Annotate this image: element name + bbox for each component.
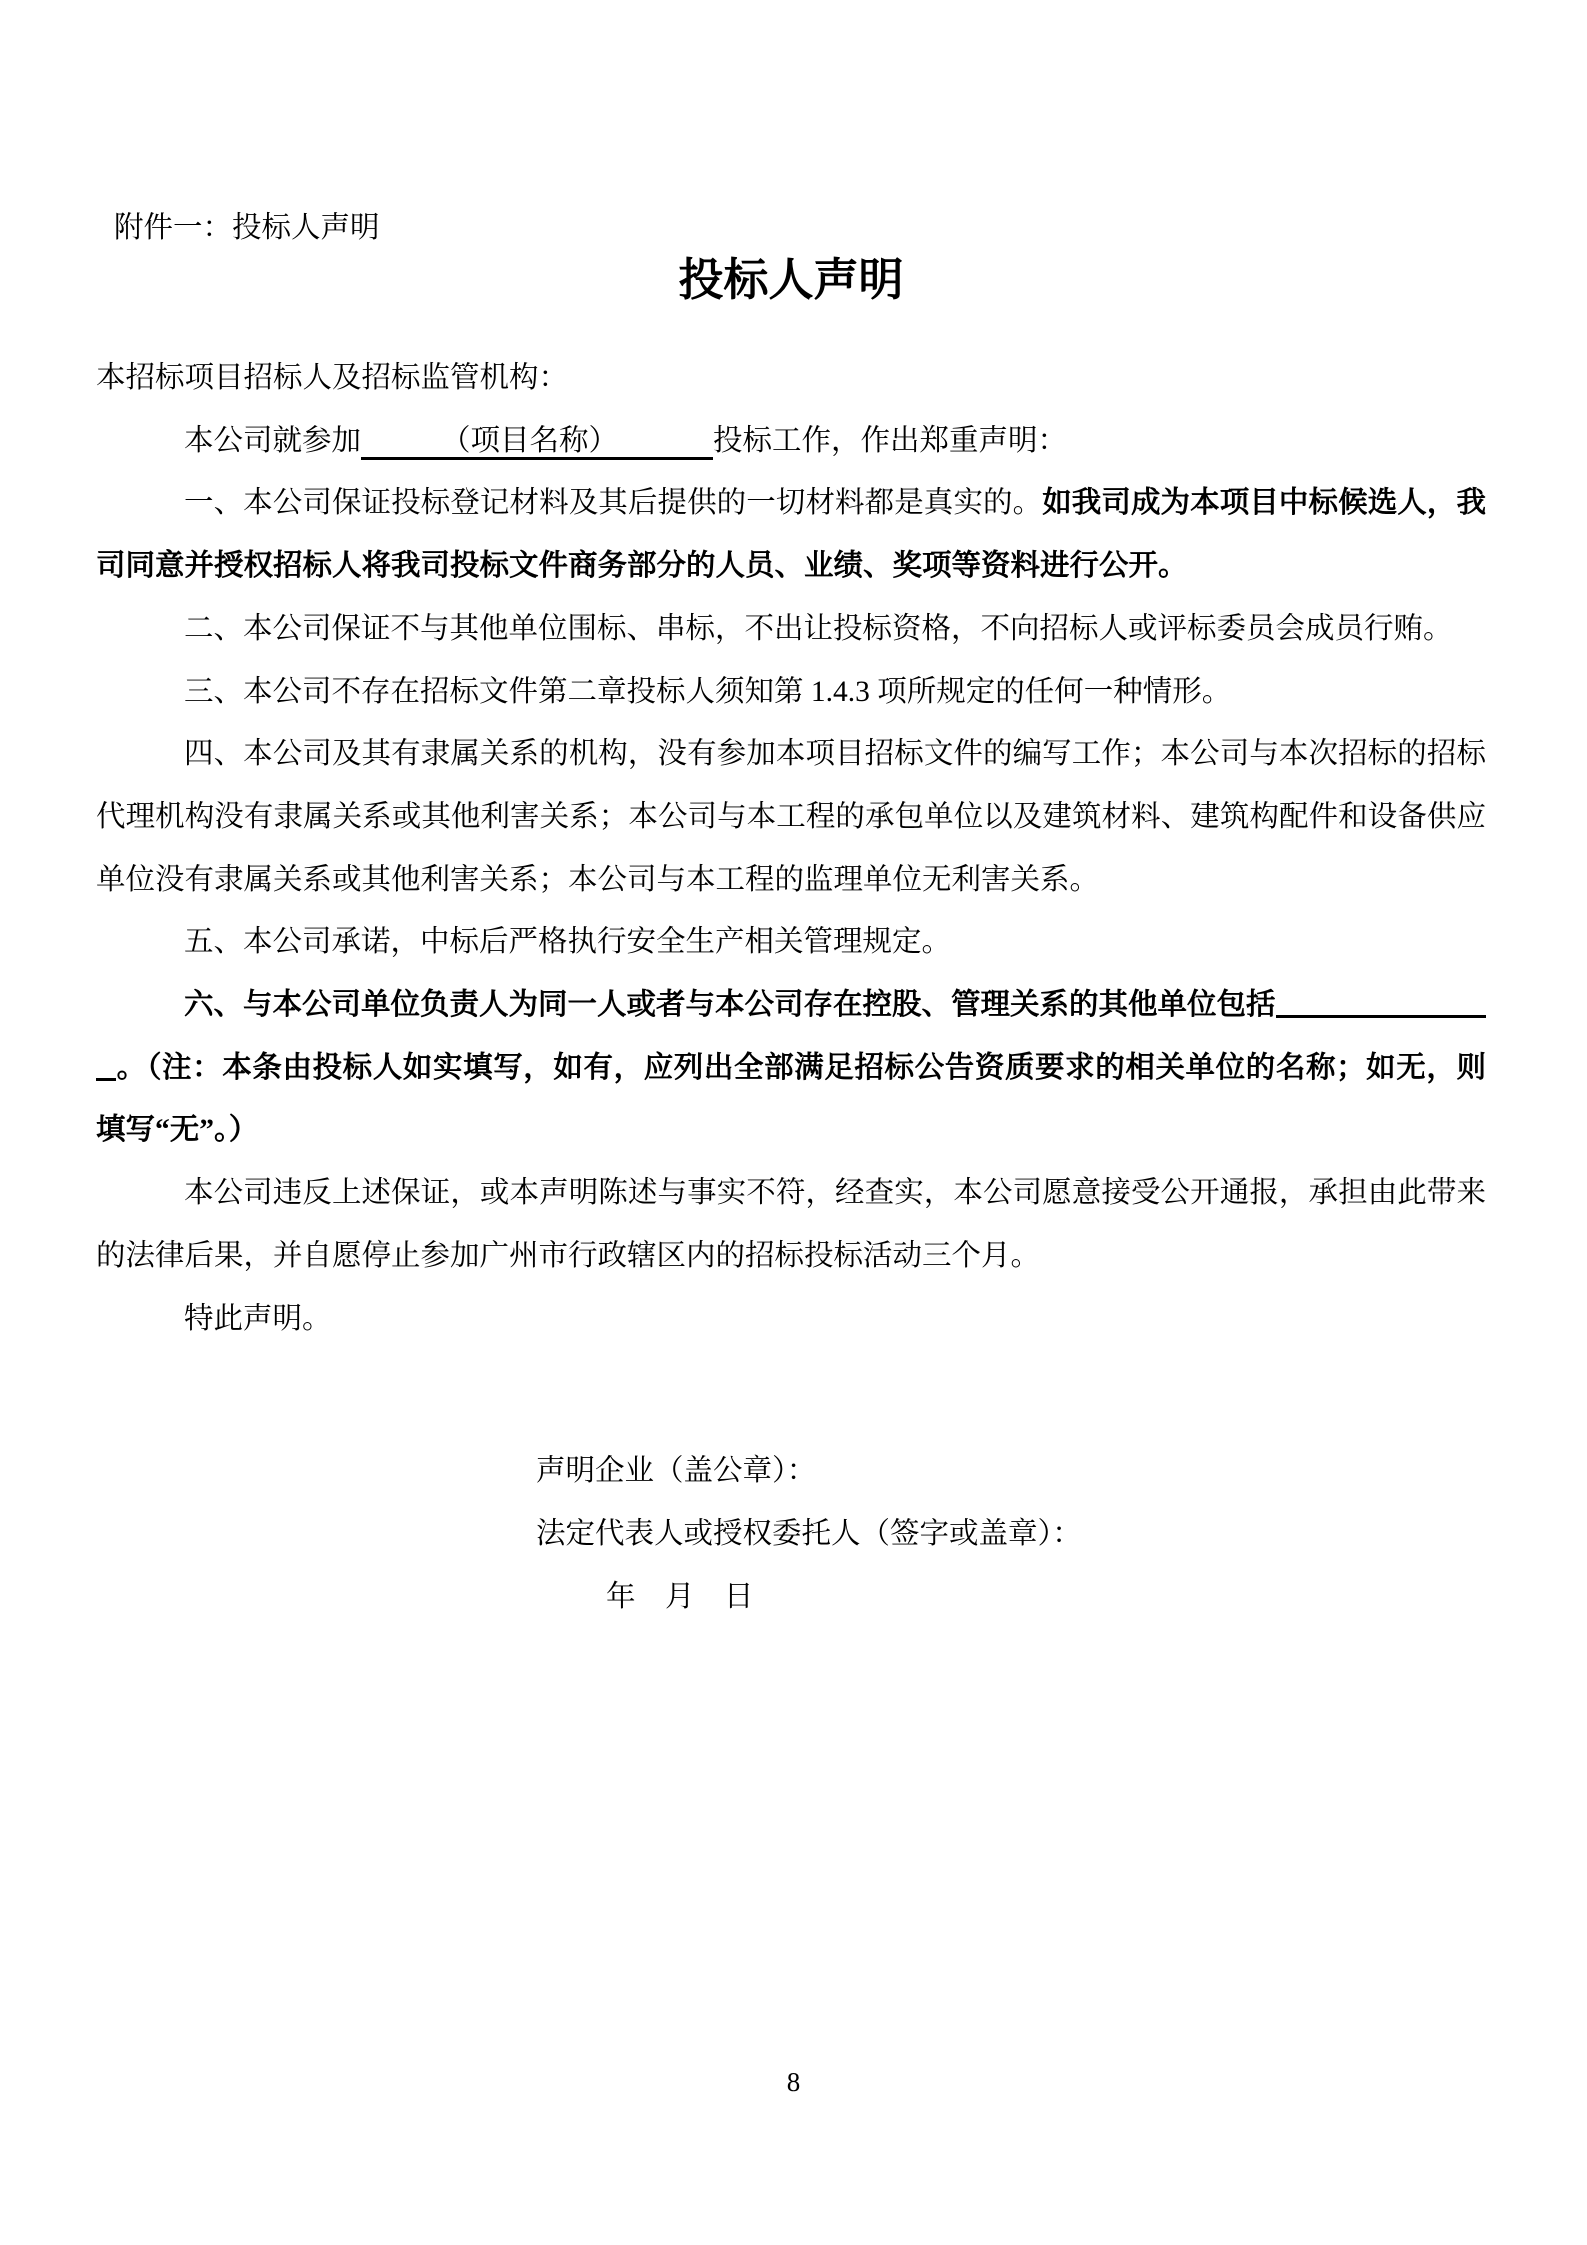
project-name-blank: （项目名称）: [361, 425, 713, 460]
signature-company-line: 声明企业（盖公章）：: [536, 1440, 1486, 1503]
page-number: 8: [0, 2066, 1587, 2099]
declaration-item-1: 一、本公司保证投标登记材料及其后提供的一切材料都是真实的。如我司成为本项目中标候…: [96, 472, 1486, 597]
item6-note-text: 。（注：本条由投标人如实填写，如有，应列出全部满足招标公告资质要求的相关单位的名…: [96, 1052, 1486, 1147]
declaration-item-4: 四、本公司及其有隶属关系的机构，没有参加本项目招标文件的编写工作；本公司与本次招…: [96, 723, 1486, 911]
declaration-item-6-line1: 六、与本公司单位负责人为同一人或者与本公司存在控股、管理关系的其他单位包括: [96, 974, 1486, 1037]
intro-tail: 投标工作，作出郑重声明：: [713, 425, 1067, 457]
signature-representative-line: 法定代表人或授权委托人（签字或盖章）：: [536, 1503, 1486, 1566]
document-title: 投标人声明: [96, 250, 1486, 310]
intro-paragraph: 本公司就参加（项目名称）投标工作，作出郑重声明：: [96, 410, 1486, 473]
declaration-item-2: 二、本公司保证不与其他单位围标、串标，不出让投标资格，不向招标人或评标委员会成员…: [96, 598, 1486, 661]
penalty-paragraph: 本公司违反上述保证，或本声明陈述与事实不符，经查实，本公司愿意接受公开通报，承担…: [96, 1162, 1486, 1287]
declaration-item-5: 五、本公司承诺，中标后严格执行安全生产相关管理规定。: [96, 911, 1486, 974]
signature-date-line: 年 月 日: [536, 1566, 1486, 1629]
document-page: 附件一：投标人声明 投标人声明 本招标项目招标人及招标监管机构： 本公司就参加（…: [0, 0, 1587, 2245]
intro-lead: 本公司就参加: [184, 425, 361, 457]
document-body: 本招标项目招标人及招标监管机构： 本公司就参加（项目名称）投标工作，作出郑重声明…: [96, 347, 1486, 1628]
item6-fill-blank: [1276, 986, 1486, 1019]
item6-fill-blank-continuation: [96, 1048, 116, 1081]
attachment-label: 附件一：投标人声明: [114, 210, 380, 246]
closing-paragraph: 特此声明。: [96, 1288, 1486, 1351]
declaration-item-3: 三、本公司不存在招标文件第二章投标人须知第 1.4.3 项所规定的任何一种情形。: [96, 661, 1486, 724]
signature-block: 声明企业（盖公章）： 法定代表人或授权委托人（签字或盖章）： 年 月 日: [536, 1440, 1486, 1628]
item1-regular-text: 一、本公司保证投标登记材料及其后提供的一切材料都是真实的。: [184, 487, 1042, 519]
salutation-line: 本招标项目招标人及招标监管机构：: [96, 347, 1486, 410]
declaration-item-6-note: 。（注：本条由投标人如实填写，如有，应列出全部满足招标公告资质要求的相关单位的名…: [96, 1037, 1486, 1162]
item6-lead-text: 六、与本公司单位负责人为同一人或者与本公司存在控股、管理关系的其他单位包括: [184, 989, 1276, 1021]
